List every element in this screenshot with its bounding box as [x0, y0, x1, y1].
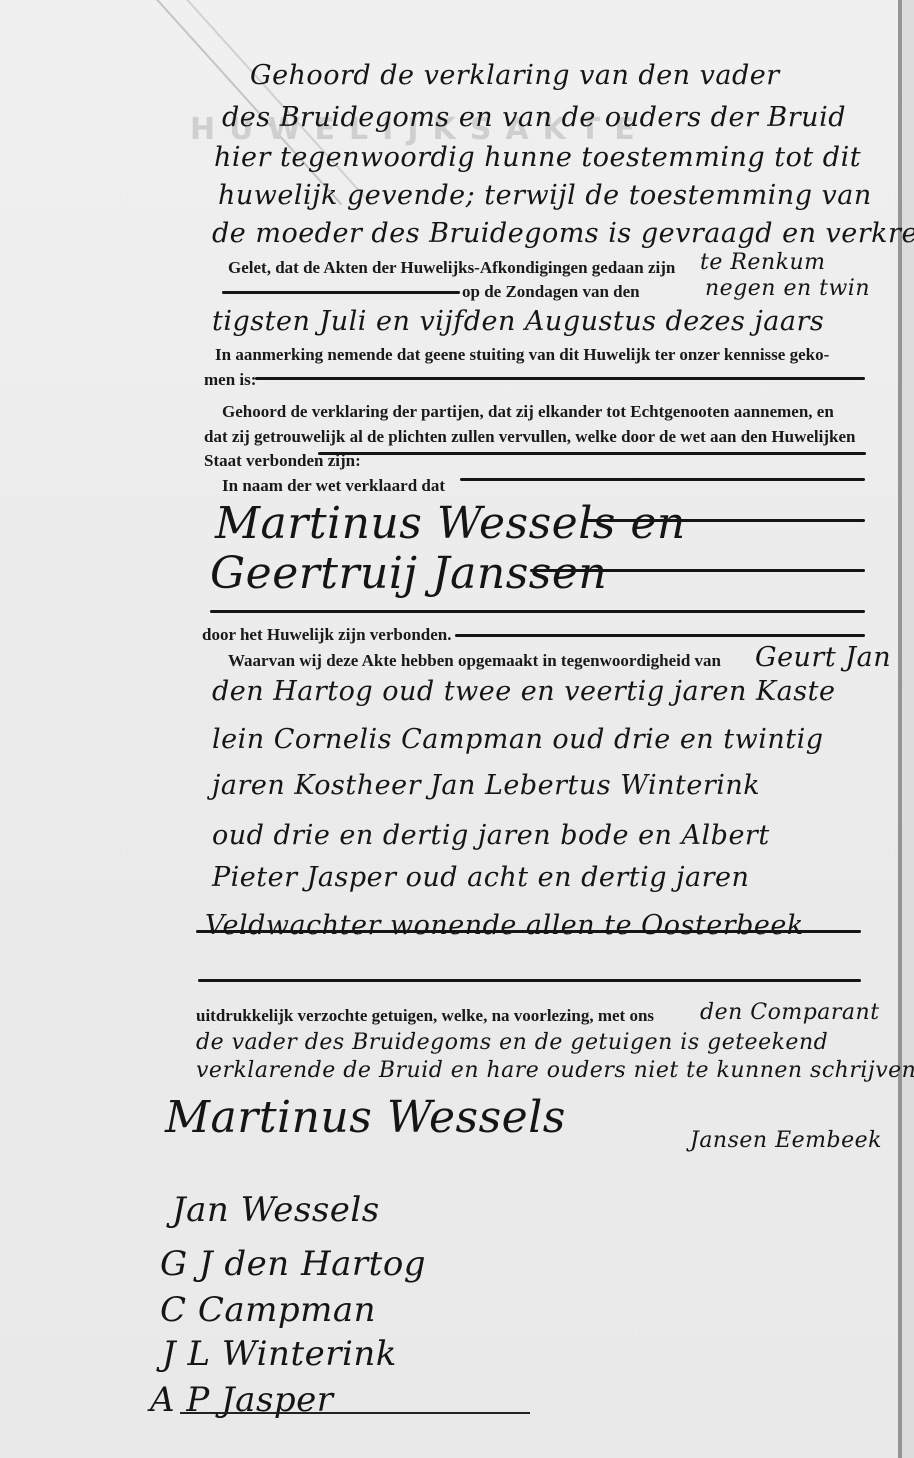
printed-text: op de Zondagen van den	[462, 282, 640, 302]
witness-line: Geurt Jan	[755, 642, 891, 673]
signature: C Campman	[160, 1290, 376, 1330]
witness-line: Pieter Jasper oud acht en dertig jaren	[212, 862, 749, 893]
witness-line: oud drie en dertig jaren bode en Albert	[212, 820, 770, 851]
fill-line	[196, 930, 861, 933]
handwritten-line: des Bruidegoms en van de ouders der Brui…	[222, 102, 846, 133]
registrar-signature: Jansen Eembeek	[690, 1128, 882, 1153]
signature: J L Winterink	[162, 1334, 397, 1374]
bride-name: Geertruij Janssen	[210, 548, 607, 599]
handwritten-line: de vader des Bruidegoms en de getuigen i…	[196, 1030, 828, 1055]
handwritten-place: te Renkum	[700, 250, 825, 275]
signature: G J den Hartog	[160, 1244, 426, 1284]
signature: A P Jasper	[150, 1380, 334, 1420]
witness-line: den Hartog oud twee en veertig jaren Kas…	[212, 676, 835, 707]
handwritten-line: huwelijk gevende; terwijl de toestemming…	[218, 180, 872, 211]
printed-text: Gehoord de verklaring der partijen, dat …	[222, 402, 834, 422]
printed-text: In naam der wet verklaard dat	[222, 476, 445, 496]
printed-text: Waarvan wij deze Akte hebben opgemaakt i…	[228, 651, 721, 671]
signature-flourish	[180, 1412, 530, 1414]
fill-line	[198, 979, 861, 982]
printed-text: In aanmerking nemende dat geene stuiting…	[215, 345, 829, 365]
fill-line	[255, 377, 865, 380]
handwritten-dates: negen en twin	[705, 276, 870, 301]
fill-line	[585, 519, 865, 522]
printed-text: door het Huwelijk zijn verbonden.	[202, 625, 452, 645]
fill-line	[460, 478, 865, 481]
handwritten-line: de moeder des Bruidegoms is gevraagd en …	[212, 218, 914, 249]
handwritten-line: verklarende de Bruid en hare ouders niet…	[196, 1058, 914, 1083]
printed-text: Gelet, dat de Akten der Huwelijks-Afkond…	[228, 258, 675, 278]
fill-line	[455, 634, 865, 637]
printed-text: men is:	[204, 370, 256, 390]
signature: Jan Wessels	[172, 1190, 380, 1230]
signature: Martinus Wessels	[165, 1092, 566, 1143]
handwritten-line: Gehoord de verklaring van den vader	[250, 60, 780, 91]
witness-line: Veldwachter wonende allen te Oosterbeek	[205, 910, 804, 941]
printed-text: dat zij getrouwelijk al de plichten zull…	[204, 427, 856, 447]
fill-line	[530, 569, 865, 572]
fill-line	[210, 610, 865, 613]
certificate-page: HUWELIJKSAKTE Gehoord de verklaring van …	[0, 0, 914, 1458]
handwritten-line: hier tegenwoordig hunne toestemming tot …	[214, 142, 861, 173]
fill-line	[222, 291, 460, 294]
handwritten-dates: tigsten Juli en vijfden Augustus dezes j…	[212, 306, 824, 337]
groom-name: Martinus Wessels en	[215, 498, 686, 549]
handwritten-line: den Comparant	[700, 1000, 880, 1025]
witness-line: jaren Kostheer Jan Lebertus Winterink	[212, 770, 760, 801]
fill-line	[318, 452, 866, 455]
witness-line: lein Cornelis Campman oud drie en twinti…	[212, 724, 824, 755]
printed-text: uitdrukkelijk verzochte getuigen, welke,…	[196, 1006, 654, 1026]
